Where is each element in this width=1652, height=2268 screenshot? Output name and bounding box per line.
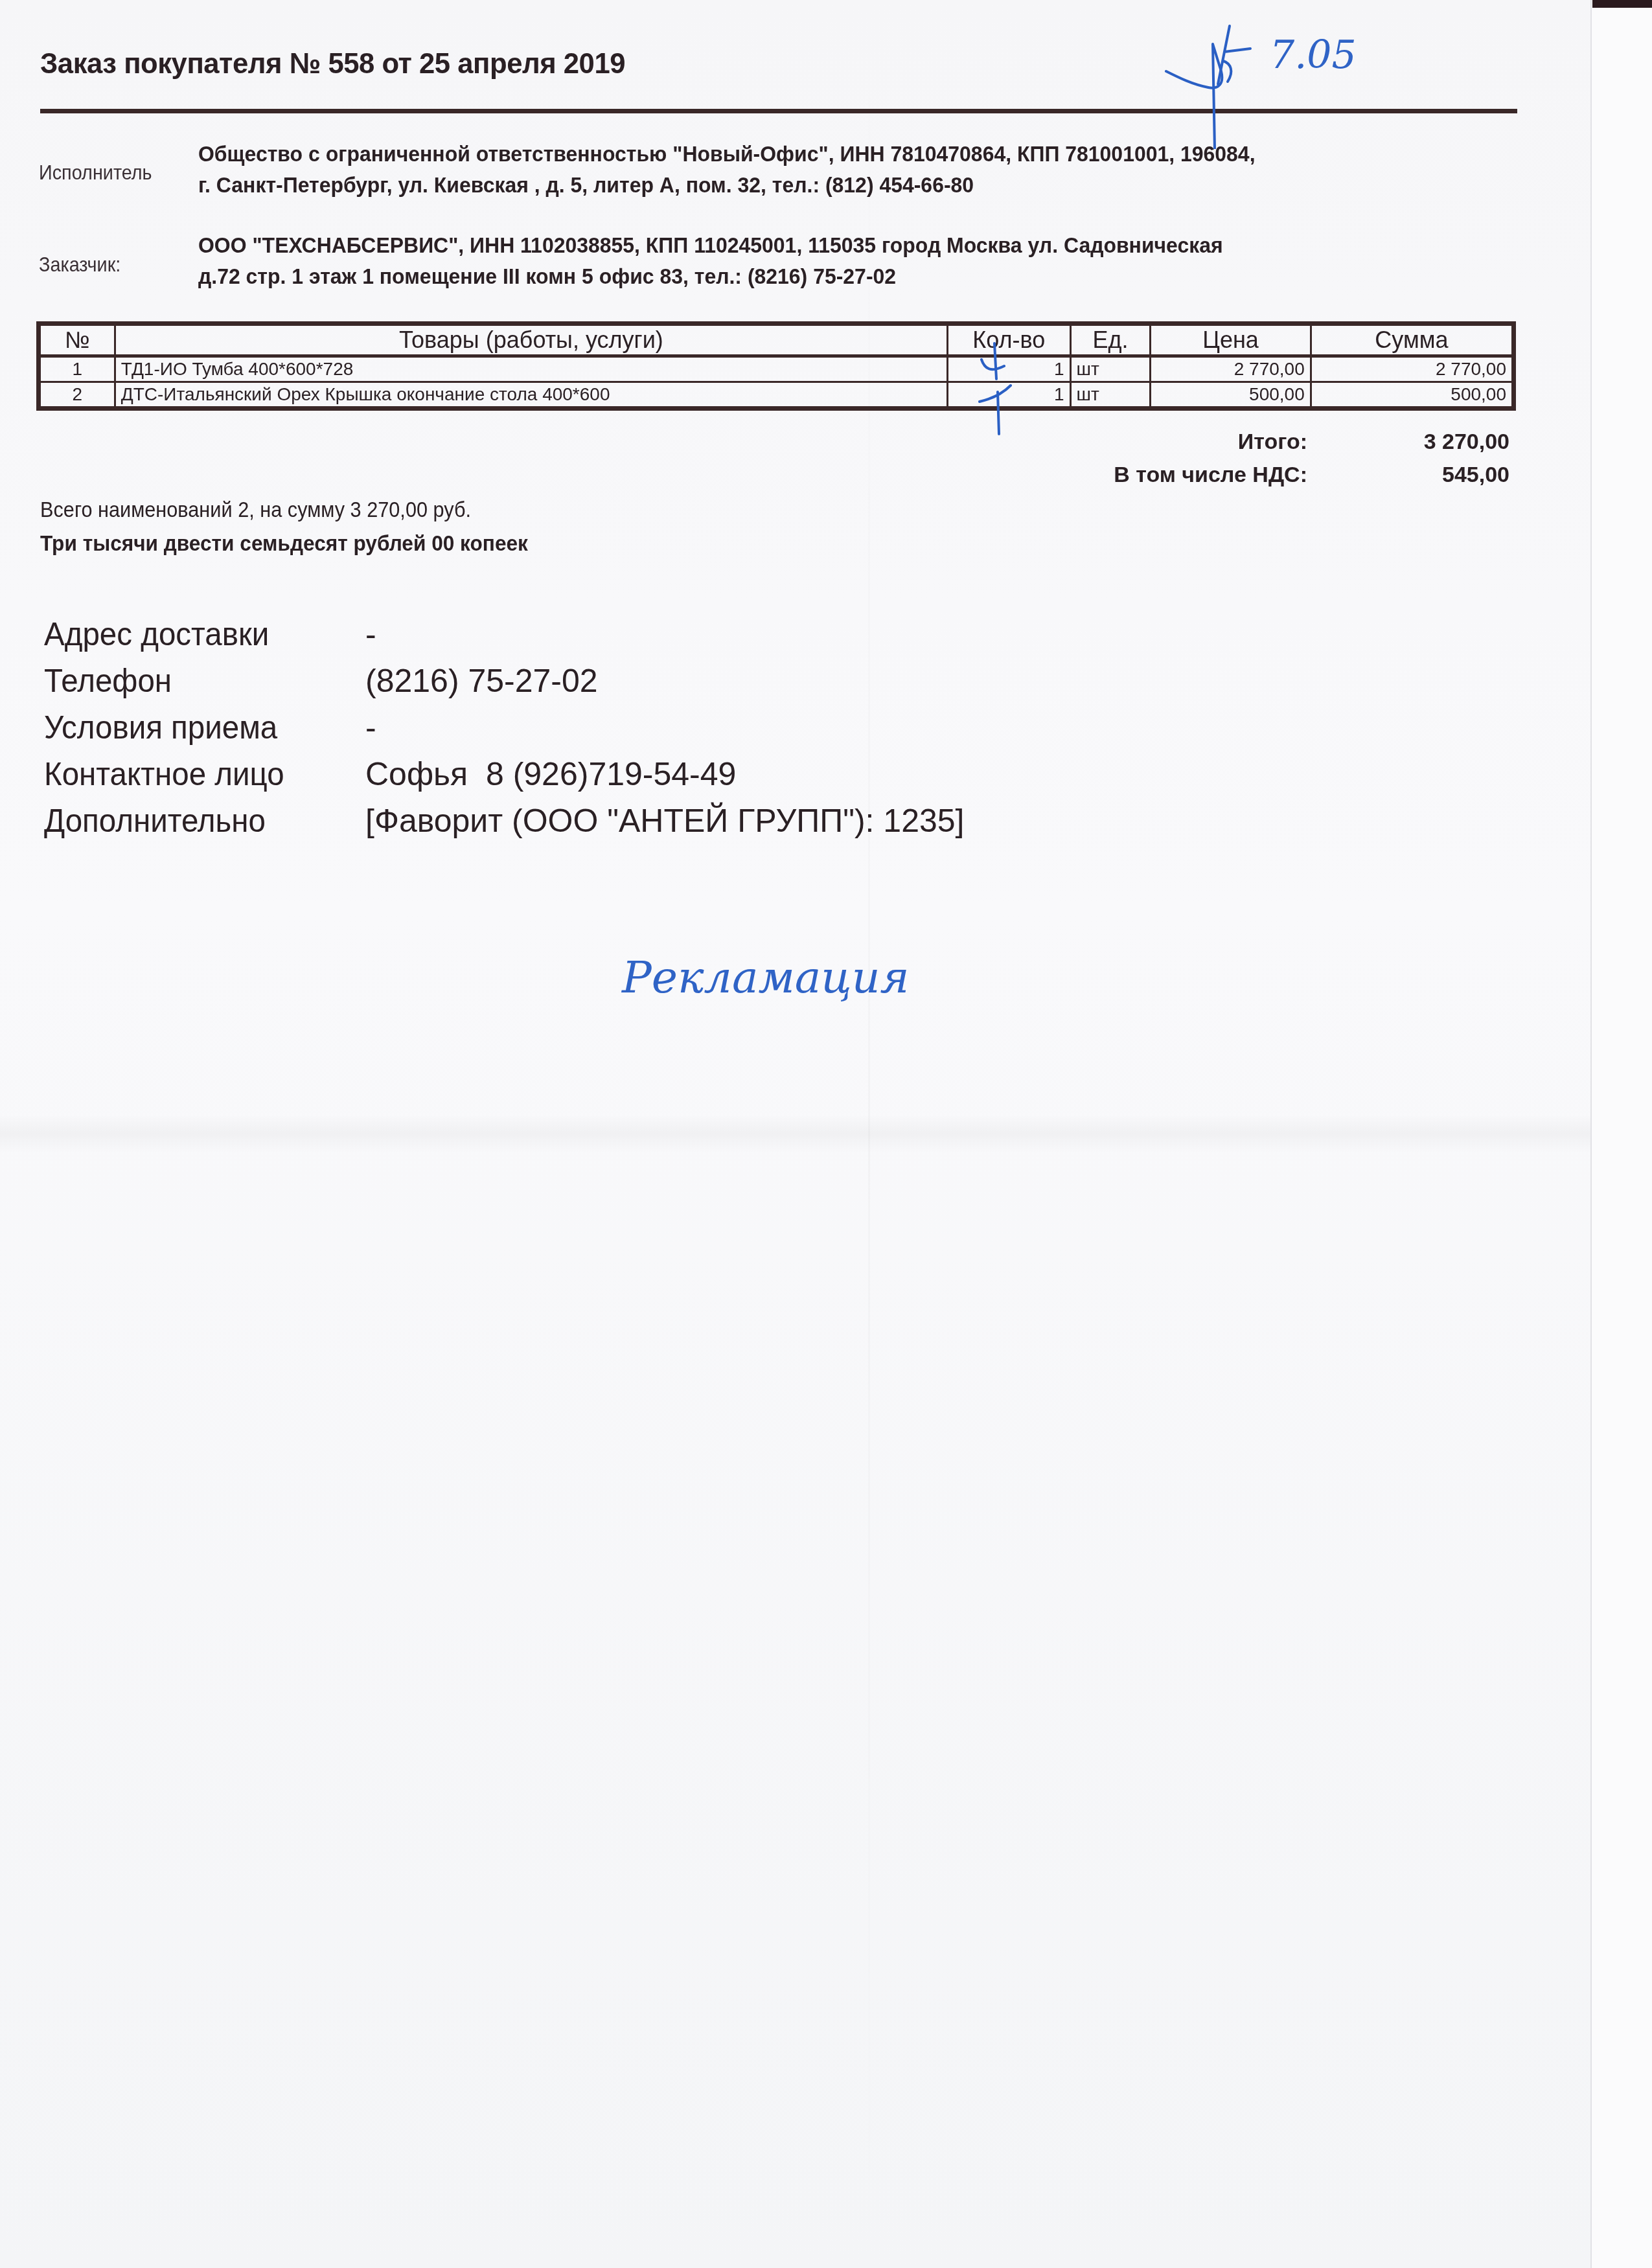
table-row: 2 ДТС-Итальянский Орех Крышка окончание … xyxy=(39,382,1514,409)
handwritten-note: Рекламация xyxy=(622,952,910,1003)
paper-fold-horizontal xyxy=(0,1114,1590,1153)
table-row: 1 ТД1-ИО Тумба 400*600*728 1 шт 2 770,00… xyxy=(39,356,1514,382)
row-unit: шт xyxy=(1070,356,1151,382)
header-unit: Ед. xyxy=(1070,324,1151,356)
items-table: № Товары (работы, услуги) Кол-во Ед. Цен… xyxy=(36,321,1516,411)
detail-row-phone: Телефон(8216) 75-27-02 xyxy=(44,662,598,700)
header-price: Цена xyxy=(1151,324,1311,356)
row-sum: 500,00 xyxy=(1311,382,1513,409)
detail-value: [Фаворит (ООО "АНТЕЙ ГРУПП"): 1235] xyxy=(365,802,964,840)
detail-value: - xyxy=(365,709,376,746)
total-value: 3 270,00 xyxy=(1322,430,1509,455)
customer-label: Заказчик: xyxy=(39,253,120,277)
vat-value: 545,00 xyxy=(1322,463,1509,488)
row-price: 2 770,00 xyxy=(1151,356,1311,382)
items-count-summary: Всего наименований 2, на сумму 3 270,00 … xyxy=(40,498,471,522)
header-goods: Товары (работы, услуги) xyxy=(115,324,947,356)
document-title: Заказ покупателя № 558 от 25 апреля 2019 xyxy=(40,47,625,80)
row-number: 2 xyxy=(39,382,115,409)
scanner-margin xyxy=(1590,0,1652,2268)
detail-label: Условия приема xyxy=(44,709,349,746)
header-number: № xyxy=(39,324,115,356)
handwritten-checkmark-icon xyxy=(972,340,1024,437)
detail-value: Софья 8 (926)719-54-49 xyxy=(365,755,736,793)
executor-label: Исполнитель xyxy=(39,161,152,185)
detail-row-additional: Дополнительно[Фаворит (ООО "АНТЕЙ ГРУПП"… xyxy=(44,802,964,840)
detail-row-delivery-address: Адрес доставки- xyxy=(44,615,376,653)
row-item: ТД1-ИО Тумба 400*600*728 xyxy=(115,356,947,382)
row-item: ДТС-Итальянский Орех Крышка окончание ст… xyxy=(115,382,947,409)
handwritten-date-note: 7.05 xyxy=(1270,32,1357,78)
detail-label: Контактное лицо xyxy=(44,755,349,793)
row-unit: шт xyxy=(1070,382,1151,409)
detail-label: Адрес доставки xyxy=(44,615,349,653)
detail-label: Дополнительно xyxy=(44,802,349,840)
table-header-row: № Товары (работы, услуги) Кол-во Ед. Цен… xyxy=(39,324,1514,356)
detail-value: - xyxy=(365,615,376,653)
scanner-edge-strip xyxy=(1592,0,1652,8)
detail-value: (8216) 75-27-02 xyxy=(365,662,598,700)
row-number: 1 xyxy=(39,356,115,382)
vat-label: В том числе НДС: xyxy=(972,463,1307,488)
executor-line-1: Общество с ограниченной ответственностью… xyxy=(198,139,1256,170)
detail-row-acceptance-terms: Условия приема- xyxy=(44,709,376,746)
amount-in-words: Три тысячи двести семьдесят рублей 00 ко… xyxy=(40,531,528,556)
detail-label: Телефон xyxy=(44,662,349,700)
detail-row-contact-person: Контактное лицоСофья 8 (926)719-54-49 xyxy=(44,755,736,793)
row-price: 500,00 xyxy=(1151,382,1311,409)
customer-line-2: д.72 стр. 1 этаж 1 помещение III комн 5 … xyxy=(198,261,896,292)
row-sum: 2 770,00 xyxy=(1311,356,1513,382)
executor-line-2: г. Санкт-Петербург, ул. Киевская , д. 5,… xyxy=(198,170,974,201)
header-sum: Сумма xyxy=(1311,324,1513,356)
customer-line-1: ООО "ТЕХСНАБСЕРВИС", ИНН 1102038855, КПП… xyxy=(198,230,1223,261)
